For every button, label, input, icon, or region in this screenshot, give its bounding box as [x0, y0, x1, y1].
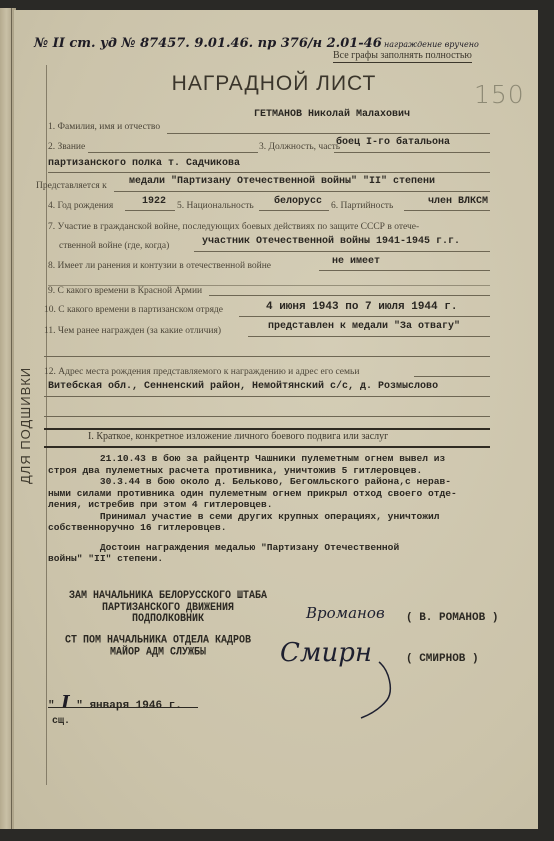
- nominated-value: медали "Партизану Отечественной войны" "…: [129, 176, 435, 187]
- signature-flourish: [359, 660, 409, 720]
- field-5-label: 5. Национальность: [177, 201, 254, 211]
- field-6-line: [404, 210, 490, 211]
- first-signatory-title: ЗАМ НАЧАЛЬНИКА БЕЛОРУССКОГО ШТАБА ПАРТИЗ…: [48, 591, 288, 626]
- left-margin-rule: [46, 65, 47, 785]
- field-5-line: [259, 210, 329, 211]
- second-title-line2: МАЙОР АДМ СЛУЖБЫ: [48, 648, 268, 660]
- section-divider: [44, 428, 490, 430]
- field-8-value: не имеет: [332, 256, 380, 267]
- field-12-value: Витебская обл., Сенненский район, Немойт…: [48, 381, 438, 392]
- second-title-line1: СТ ПОМ НАЧАЛЬНИКА ОТДЕЛА КАДРОВ: [48, 636, 268, 648]
- narrative-paragraph-4: Достоин награждения медалью "Партизану О…: [48, 542, 530, 565]
- date-rest: " января 1946 г.: [76, 700, 182, 712]
- field-3-value-line2: партизанского полка т. Садчикова: [48, 158, 240, 169]
- field-7-line: [194, 251, 490, 252]
- field-12-line: [414, 376, 490, 377]
- field-11-label: 11. Чем ранее награжден (за какие отличи…: [44, 326, 221, 336]
- field-8-line: [319, 270, 490, 271]
- section-divider-bottom: [44, 446, 490, 448]
- first-title-line3: ПОДПОЛКОВНИК: [48, 615, 288, 627]
- first-signature: Вроманов: [306, 604, 385, 622]
- field-8-label: 8. Имеет ли ранения и контузии в отечест…: [48, 261, 271, 271]
- field-1-value: ГЕТМАНОВ Николай Малахович: [254, 109, 410, 120]
- nominated-label: Представляется к: [36, 181, 107, 191]
- field-9-line: [209, 295, 490, 296]
- narrative-paragraph-1: 21.10.43 в бою за райцентр Чашники пулем…: [48, 453, 530, 476]
- first-signatory-name: ( В. РОМАНОВ ): [406, 612, 498, 624]
- second-signatory-title: СТ ПОМ НАЧАЛЬНИКА ОТДЕЛА КАДРОВ МАЙОР АД…: [48, 636, 268, 659]
- second-signatory-name: ( СМИРНОВ ): [406, 653, 479, 665]
- field-11-extra-line: [44, 356, 490, 357]
- field-10-line: [239, 316, 490, 317]
- field-6-value: член ВЛКСМ: [428, 196, 488, 207]
- field-9-label: 9. С какого времени в Красной Армии: [48, 286, 202, 296]
- field-2-line: [88, 152, 258, 153]
- first-title-line1: ЗАМ НАЧАЛЬНИКА БЕЛОРУССКОГО ШТАБА: [48, 591, 288, 603]
- field-4-value: 1922: [142, 196, 166, 207]
- date-quote-open: ": [48, 700, 55, 712]
- field-10-value: 4 июня 1943 по 7 июля 1944 г.: [266, 301, 457, 313]
- field-3-value-line1: боец I-го батальона: [336, 137, 450, 148]
- typist-initials: сщ.: [52, 716, 70, 727]
- field-11-line: [248, 336, 490, 337]
- field-7-value: участник Отечественной войны 1941-1945 г…: [202, 236, 460, 247]
- signing-date: " I " января 1946 г.: [48, 692, 182, 713]
- field-7-label-line1: 7. Участие в гражданской войне, последую…: [48, 222, 419, 232]
- field-3-line: [334, 152, 490, 153]
- narrative-text: 21.10.43 в бою за райцентр Чашники пулем…: [48, 453, 530, 565]
- field-12-label: 12. Адрес места рождения представляемого…: [44, 367, 359, 377]
- field-12-value-line: [44, 396, 490, 397]
- scan-bottom-edge: [0, 829, 554, 841]
- handwritten-registration-note: № II ст. уд № 87457. 9.01.46. пр 376/н 2…: [34, 36, 382, 51]
- field-11-value: представлен к медали "За отвагу": [268, 321, 460, 332]
- narrative-spacer: [48, 534, 530, 542]
- nominated-line: [114, 191, 490, 192]
- field-1-line: [167, 133, 490, 134]
- fill-instruction: Все графы заполнять полностью: [333, 50, 472, 63]
- date-underline: [48, 707, 198, 708]
- field-10-label: 10. С какого времени в партизанском отря…: [44, 305, 223, 315]
- field-2-label: 2. Звание: [48, 142, 85, 152]
- binding-label: ДЛЯ ПОДШИВКИ: [18, 345, 38, 505]
- field-3-continuation-line: [48, 172, 490, 173]
- award-sheet-page: ДЛЯ ПОДШИВКИ № II ст. уд № 87457. 9.01.4…: [14, 10, 538, 830]
- narrative-paragraph-2: 30.3.44 в бою около д. Бельково, Бегомль…: [48, 476, 530, 511]
- handwritten-right-note: награждение вручено: [384, 40, 479, 49]
- pencil-sheet-number: 150: [474, 80, 525, 109]
- field-12-extra-line: [44, 416, 490, 417]
- section-title: I. Краткое, конкретное изложение личного…: [88, 431, 388, 442]
- binding-line: [11, 8, 12, 841]
- field-1-label: 1. Фамилия, имя и отчество: [48, 122, 160, 132]
- date-day-handwritten: I: [61, 692, 69, 713]
- field-4-line: [125, 210, 175, 211]
- field-6-label: 6. Партийность: [331, 201, 393, 211]
- narrative-paragraph-3: Принимал участие в семи других крупных о…: [48, 511, 530, 534]
- field-3-label: 3. Должность, часть: [259, 142, 340, 152]
- field-7-label-line2: ственной войне (где, когда): [59, 241, 169, 251]
- field-5-value: белорусс: [274, 196, 322, 207]
- field-4-label: 4. Год рождения: [48, 201, 113, 211]
- page-title: НАГРАДНОЙ ЛИСТ: [149, 72, 399, 96]
